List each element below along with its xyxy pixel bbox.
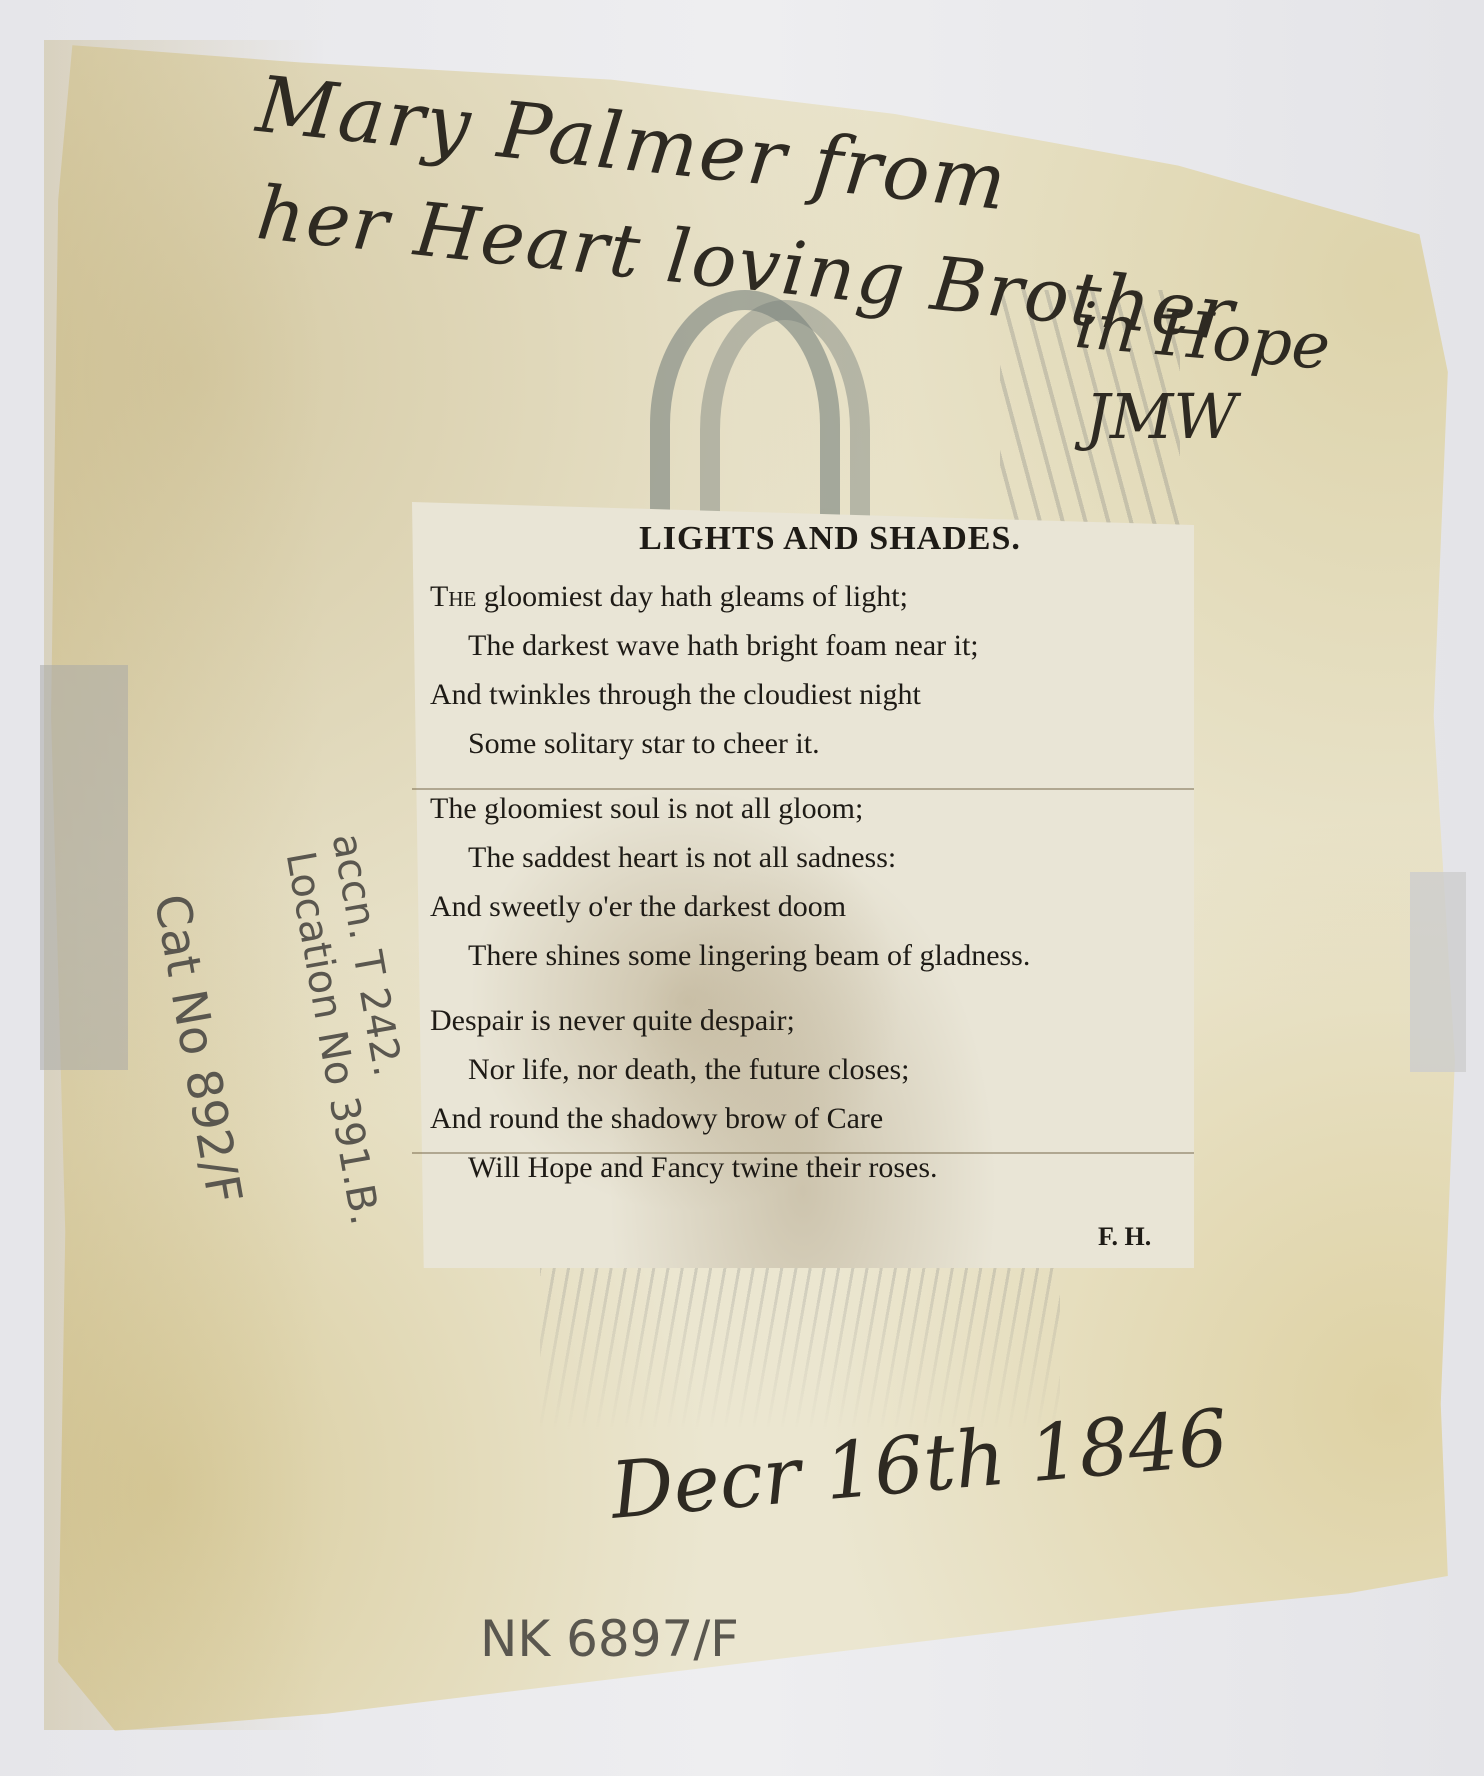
poem-line: The gloomiest day hath gleams of light; — [430, 572, 1190, 621]
poem-line: The darkest wave hath bright foam near i… — [430, 621, 1190, 670]
hinge-tape-right — [1410, 872, 1466, 1072]
stanza-2: The gloomiest soul is not all gloom; The… — [430, 784, 1190, 980]
hinge-tape-left — [40, 665, 128, 1070]
lead-word: The — [430, 580, 476, 613]
grass-strokes — [540, 1260, 1060, 1430]
poem-line: And twinkles through the cloudiest night — [430, 670, 1190, 719]
poem-title: LIGHTS AND SHADES. — [470, 520, 1190, 558]
poem-line: Some solitary star to cheer it. — [430, 719, 1190, 768]
poem: LIGHTS AND SHADES. The gloomiest day hat… — [430, 520, 1190, 1208]
poem-line: Will Hope and Fancy twine their roses. — [430, 1143, 1190, 1192]
museum-reference-number: NK 6897/F — [480, 1610, 739, 1668]
inscription-initials: JMW — [1085, 380, 1237, 453]
poem-line: There shines some lingering beam of glad… — [430, 931, 1190, 980]
stanza-1: The gloomiest day hath gleams of light; … — [430, 572, 1190, 768]
poem-line: The saddest heart is not all sadness: — [430, 833, 1190, 882]
poem-line: Nor life, nor death, the future closes; — [430, 1045, 1190, 1094]
poem-line: Despair is never quite despair; — [430, 996, 1190, 1045]
line-text: gloomiest day hath gleams of light; — [476, 580, 908, 613]
poem-line: And sweetly o'er the darkest doom — [430, 882, 1190, 931]
poem-author: F. H. — [1098, 1222, 1151, 1252]
poem-line: The gloomiest soul is not all gloom; — [430, 784, 1190, 833]
poem-line: And round the shadowy brow of Care — [430, 1094, 1190, 1143]
stanza-3: Despair is never quite despair; Nor life… — [430, 996, 1190, 1192]
